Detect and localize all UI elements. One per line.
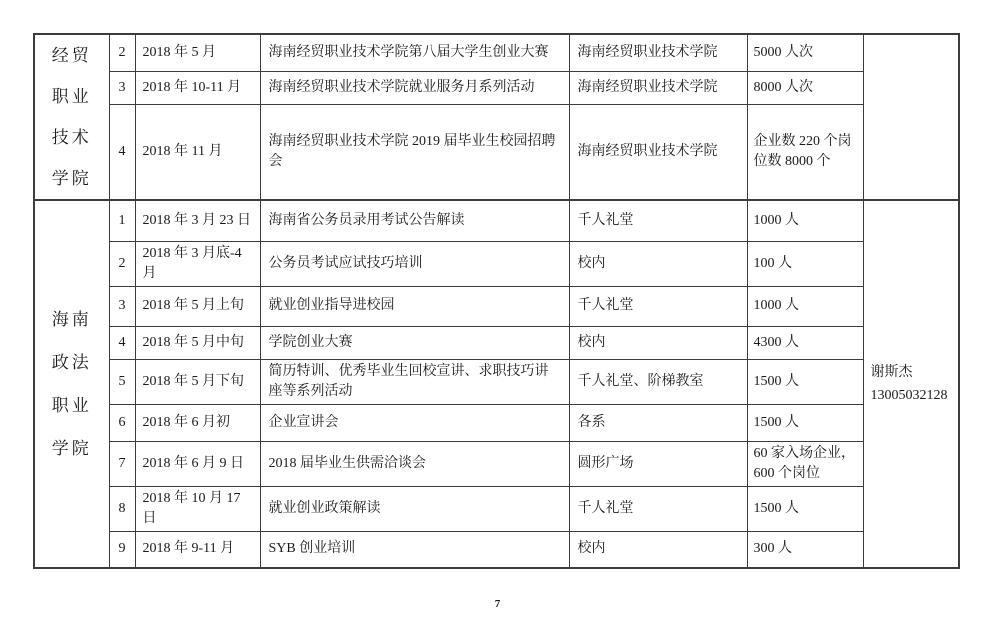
activity-cell: 海南省公务员录用考试公告解读 — [260, 200, 569, 241]
school-name-cell: 海南政法职业学院 — [34, 200, 109, 568]
activity-cell: 简历特训、优秀毕业生回校宣讲、求职技巧讲座等系列活动 — [260, 359, 569, 404]
school-name-line: 海南 — [35, 298, 109, 341]
location-cell: 各系 — [569, 404, 747, 441]
schedule-table: 经贸职业技术学院22018 年 5 月海南经贸职业技术学院第八届大学生创业大赛海… — [33, 33, 960, 569]
activity-cell: 企业宣讲会 — [260, 404, 569, 441]
school-name-line: 职业 — [35, 76, 109, 117]
scale-cell: 300 人 — [747, 531, 863, 568]
date-cell: 2018 年 3 月底-4 月 — [135, 241, 260, 286]
contact-line: 谢斯杰 — [871, 361, 952, 384]
date-cell: 2018 年 6 月初 — [135, 404, 260, 441]
scale-cell: 1500 人 — [747, 486, 863, 531]
table-row: 72018 年 6 月 9 日2018 届毕业生供需洽谈会圆形广场60 家入场企… — [34, 441, 959, 486]
row-number-cell: 2 — [109, 34, 135, 71]
row-number-cell: 4 — [109, 326, 135, 359]
table-row: 22018 年 3 月底-4 月公务员考试应试技巧培训校内100 人 — [34, 241, 959, 286]
location-cell: 校内 — [569, 241, 747, 286]
table-row: 82018 年 10 月 17 日就业创业政策解读千人礼堂1500 人 — [34, 486, 959, 531]
location-cell: 千人礼堂 — [569, 200, 747, 241]
activity-cell: 海南经贸职业技术学院 2019 届毕业生校园招聘会 — [260, 105, 569, 200]
school-group-zhengfa: 海南政法职业学院12018 年 3 月 23 日海南省公务员录用考试公告解读千人… — [34, 200, 959, 568]
school-name-line: 经贸 — [35, 35, 109, 76]
scale-cell: 1500 人 — [747, 404, 863, 441]
scale-cell: 1000 人 — [747, 286, 863, 326]
location-cell: 校内 — [569, 326, 747, 359]
row-number-cell: 5 — [109, 359, 135, 404]
table-row: 经贸职业技术学院22018 年 5 月海南经贸职业技术学院第八届大学生创业大赛海… — [34, 34, 959, 71]
date-cell: 2018 年 9-11 月 — [135, 531, 260, 568]
date-cell: 2018 年 10-11 月 — [135, 71, 260, 104]
row-number-cell: 2 — [109, 241, 135, 286]
scale-cell: 企业数 220 个岗位数 8000 个 — [747, 105, 863, 200]
document-page: 经贸职业技术学院22018 年 5 月海南经贸职业技术学院第八届大学生创业大赛海… — [0, 0, 995, 624]
location-cell: 海南经贸职业技术学院 — [569, 105, 747, 200]
date-cell: 2018 年 5 月上旬 — [135, 286, 260, 326]
table-row: 32018 年 10-11 月海南经贸职业技术学院就业服务月系列活动海南经贸职业… — [34, 71, 959, 104]
school-name-line: 职业 — [35, 384, 109, 427]
location-cell: 圆形广场 — [569, 441, 747, 486]
date-cell: 2018 年 10 月 17 日 — [135, 486, 260, 531]
location-cell: 海南经贸职业技术学院 — [569, 71, 747, 104]
row-number-cell: 6 — [109, 404, 135, 441]
scale-cell: 5000 人次 — [747, 34, 863, 71]
row-number-cell: 3 — [109, 286, 135, 326]
activity-cell: 2018 届毕业生供需洽谈会 — [260, 441, 569, 486]
row-number-cell: 7 — [109, 441, 135, 486]
table-row: 32018 年 5 月上旬就业创业指导进校园千人礼堂1000 人 — [34, 286, 959, 326]
activity-cell: 海南经贸职业技术学院就业服务月系列活动 — [260, 71, 569, 104]
date-cell: 2018 年 6 月 9 日 — [135, 441, 260, 486]
date-cell: 2018 年 3 月 23 日 — [135, 200, 260, 241]
scale-cell: 1500 人 — [747, 359, 863, 404]
activity-cell: 海南经贸职业技术学院第八届大学生创业大赛 — [260, 34, 569, 71]
activity-cell: 就业创业政策解读 — [260, 486, 569, 531]
location-cell: 千人礼堂 — [569, 286, 747, 326]
school-name-line: 技术 — [35, 117, 109, 158]
table-row: 42018 年 5 月中旬学院创业大赛校内4300 人 — [34, 326, 959, 359]
scale-cell: 60 家入场企业，600 个岗位 — [747, 441, 863, 486]
row-number-cell: 4 — [109, 105, 135, 200]
activity-cell: 公务员考试应试技巧培训 — [260, 241, 569, 286]
location-cell: 校内 — [569, 531, 747, 568]
school-name-line: 学院 — [35, 427, 109, 470]
contact-cell — [863, 34, 959, 200]
activity-cell: SYB 创业培训 — [260, 531, 569, 568]
date-cell: 2018 年 5 月 — [135, 34, 260, 71]
row-number-cell: 9 — [109, 531, 135, 568]
school-group-jingmao: 经贸职业技术学院22018 年 5 月海南经贸职业技术学院第八届大学生创业大赛海… — [34, 34, 959, 200]
location-cell: 海南经贸职业技术学院 — [569, 34, 747, 71]
school-name-line: 学院 — [35, 158, 109, 199]
school-name-line: 政法 — [35, 341, 109, 384]
location-cell: 千人礼堂 — [569, 486, 747, 531]
contact-line: 13005032128 — [871, 384, 952, 407]
scale-cell: 100 人 — [747, 241, 863, 286]
table-row: 52018 年 5 月下旬简历特训、优秀毕业生回校宣讲、求职技巧讲座等系列活动千… — [34, 359, 959, 404]
page-number: 7 — [0, 598, 995, 610]
scale-cell: 4300 人 — [747, 326, 863, 359]
date-cell: 2018 年 5 月中旬 — [135, 326, 260, 359]
table-row: 92018 年 9-11 月SYB 创业培训校内300 人 — [34, 531, 959, 568]
activity-cell: 就业创业指导进校园 — [260, 286, 569, 326]
scale-cell: 8000 人次 — [747, 71, 863, 104]
activity-cell: 学院创业大赛 — [260, 326, 569, 359]
location-cell: 千人礼堂、阶梯教室 — [569, 359, 747, 404]
scale-cell: 1000 人 — [747, 200, 863, 241]
row-number-cell: 1 — [109, 200, 135, 241]
table-row: 海南政法职业学院12018 年 3 月 23 日海南省公务员录用考试公告解读千人… — [34, 200, 959, 241]
row-number-cell: 3 — [109, 71, 135, 104]
date-cell: 2018 年 5 月下旬 — [135, 359, 260, 404]
row-number-cell: 8 — [109, 486, 135, 531]
date-cell: 2018 年 11 月 — [135, 105, 260, 200]
school-name-cell: 经贸职业技术学院 — [34, 34, 109, 200]
contact-cell: 谢斯杰13005032128 — [863, 200, 959, 568]
table-row: 62018 年 6 月初企业宣讲会各系1500 人 — [34, 404, 959, 441]
table-row: 42018 年 11 月海南经贸职业技术学院 2019 届毕业生校园招聘会海南经… — [34, 105, 959, 200]
